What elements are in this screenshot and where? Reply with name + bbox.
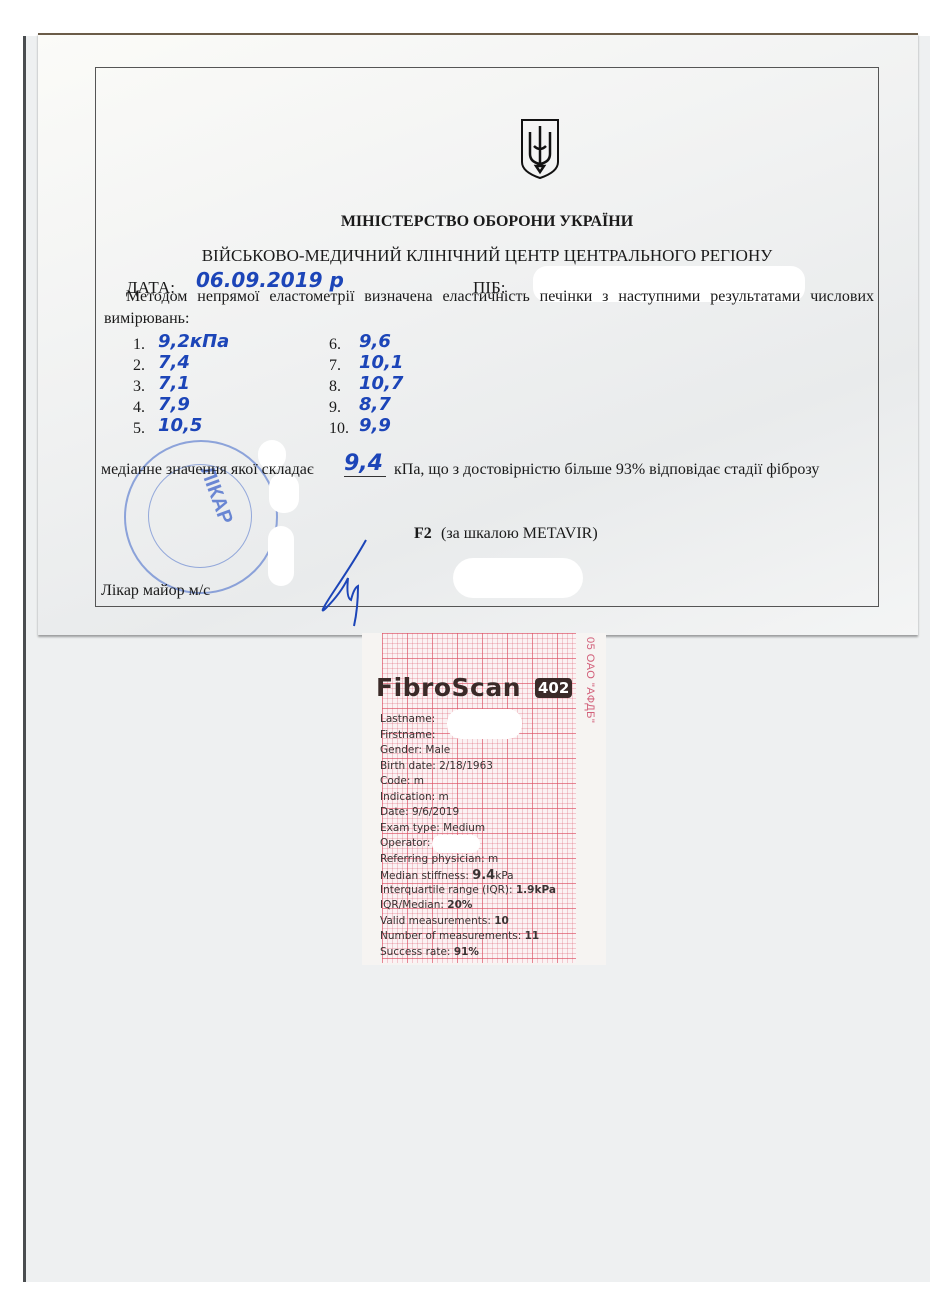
receipt-result-line: Valid measurements: 10 bbox=[380, 915, 509, 927]
measurement-number: 1. bbox=[133, 336, 145, 354]
measurement-number: 7. bbox=[329, 357, 341, 375]
receipt-line: Gender: Male bbox=[380, 744, 450, 756]
measurement-value: 9,2кПа bbox=[158, 331, 229, 352]
receipt-side-text: 05 ОАО "АФДБ" bbox=[584, 637, 596, 723]
receipt-result-line: Interquartile range (IQR): 1.9kPa bbox=[380, 884, 556, 896]
receipt-result-line: Number of measurements: 11 bbox=[380, 930, 539, 942]
measurement-number: 6. bbox=[329, 336, 341, 354]
receipt-line: Indication: m bbox=[380, 791, 449, 803]
doctor-name-redacted bbox=[453, 558, 583, 598]
receipt-operator-redacted bbox=[432, 835, 480, 853]
measurement-value: 7,1 bbox=[158, 373, 190, 394]
receipt-result-line: IQR/Median: 20% bbox=[380, 899, 472, 911]
receipt-result-line: Median stiffness: 9.4kPa bbox=[380, 868, 514, 883]
measurement-value: 8,7 bbox=[359, 394, 391, 415]
median-prefix: медіанне значення якої складає bbox=[101, 461, 314, 479]
measurement-number: 9. bbox=[329, 399, 341, 417]
fibrosis-scale: (за шкалою METAVIR) bbox=[441, 525, 598, 543]
receipt-line: Operator: bbox=[380, 837, 430, 849]
fibrosis-stage: F2 bbox=[414, 525, 432, 543]
measurement-value: 9,6 bbox=[359, 331, 391, 352]
stamp-redaction-3 bbox=[268, 526, 294, 586]
median-value: 9,4 bbox=[344, 451, 386, 477]
receipt-brand: FibroScan bbox=[376, 673, 521, 702]
measurement-number: 10. bbox=[329, 420, 349, 438]
measurement-value: 10,7 bbox=[359, 373, 403, 394]
receipt-line: Lastname: bbox=[380, 713, 435, 725]
receipt-model-badge: 402 bbox=[535, 678, 572, 698]
measurement-value: 7,4 bbox=[158, 352, 190, 373]
measurement-value: 9,9 bbox=[359, 415, 391, 436]
measurement-number: 2. bbox=[133, 357, 145, 375]
certificate-paper: МІНІСТЕРСТВО ОБОРОНИ УКРАЇНИ ВІЙСЬКОВО-М… bbox=[38, 33, 918, 635]
median-suffix: кПа, що з достовірністю більше 93% відпо… bbox=[394, 461, 819, 479]
center-title: ВІЙСЬКОВО-МЕДИЧНИЙ КЛІНІЧНИЙ ЦЕНТР ЦЕНТР… bbox=[96, 246, 878, 266]
ministry-title: МІНІСТЕРСТВО ОБОРОНИ УКРАЇНИ bbox=[96, 213, 878, 231]
measurement-number: 3. bbox=[133, 378, 145, 396]
measurement-number: 8. bbox=[329, 378, 341, 396]
receipt-line: Referring physician: m bbox=[380, 853, 498, 865]
signature bbox=[306, 538, 376, 628]
measurement-value: 10,5 bbox=[158, 415, 202, 436]
receipt-line: Birth date: 2/18/1963 bbox=[380, 760, 493, 772]
measurement-number: 4. bbox=[133, 399, 145, 417]
doctor-label: Лікар майор м/с bbox=[101, 582, 210, 600]
receipt-result-line: Success rate: 91% bbox=[380, 946, 479, 958]
fibroscan-receipt: FibroScan 402 05 ОАО "АФДБ" Lastname:Fir… bbox=[362, 633, 606, 965]
trident-icon bbox=[520, 118, 560, 180]
receipt-line: Exam type: Medium bbox=[380, 822, 485, 834]
receipt-line: Firstname: bbox=[380, 729, 435, 741]
receipt-line: Code: m bbox=[380, 775, 424, 787]
receipt-name-redacted bbox=[447, 709, 522, 739]
stamp-redaction-2 bbox=[269, 473, 299, 513]
certificate-frame: МІНІСТЕРСТВО ОБОРОНИ УКРАЇНИ ВІЙСЬКОВО-М… bbox=[95, 67, 879, 607]
measurement-value: 7,9 bbox=[158, 394, 190, 415]
measurement-number: 5. bbox=[133, 420, 145, 438]
measurement-value: 10,1 bbox=[359, 352, 403, 373]
receipt-line: Date: 9/6/2019 bbox=[380, 806, 459, 818]
intro-paragraph: Методом непрямої еластометрії визначена … bbox=[104, 286, 874, 330]
